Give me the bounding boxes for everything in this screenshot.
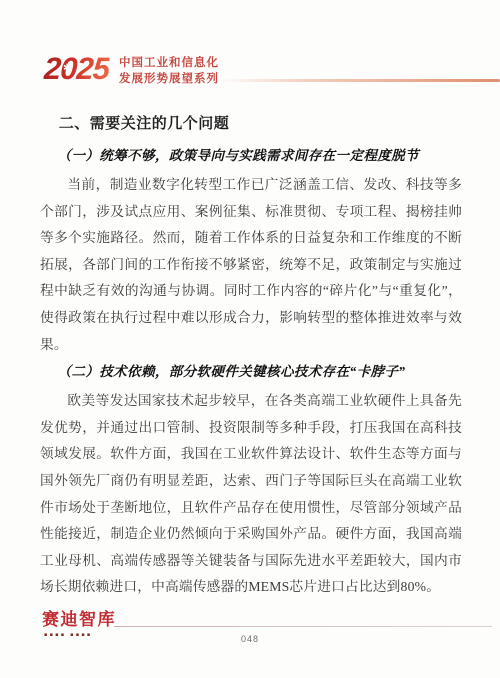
series-title-line1: 中国工业和信息化 xyxy=(119,56,219,72)
series-title-line2: 发展形势展望系列 xyxy=(119,72,219,88)
document-page: 2025 ✱ 中国工业和信息化 发展形势展望系列 二、需要关注的几个问题 （一）… xyxy=(0,0,500,678)
paragraph-1: 当前，制造业数字化转型工作已广泛涵盖工信、发改、科技等多个部门，涉及试点应用、案… xyxy=(40,172,462,358)
brand-logo: 赛迪智库 xyxy=(42,610,116,630)
subsection-2-title: （二）技术依赖，部分软硬件关键核心技术存在“卡脖子” xyxy=(40,362,462,382)
paragraph-2: 欧美等发达国家技术起步较早，在各类高端工业软硬件上具备先发优势，并通过出口管制、… xyxy=(40,388,462,601)
footer-divider xyxy=(114,626,492,627)
page-body: 二、需要关注的几个问题 （一）统筹不够，政策导向与实践需求间存在一定程度脱节 当… xyxy=(40,112,462,601)
page-number: 048 xyxy=(0,634,500,644)
star-icon: ✱ xyxy=(63,63,71,74)
series-title: 中国工业和信息化 发展形势展望系列 xyxy=(119,56,219,87)
logo-2025: 2025 xyxy=(43,52,110,86)
section-title: 二、需要关注的几个问题 xyxy=(40,112,462,133)
header-divider xyxy=(219,79,500,82)
subsection-1-title: （一）统筹不够，政策导向与实践需求间存在一定程度脱节 xyxy=(40,146,462,166)
